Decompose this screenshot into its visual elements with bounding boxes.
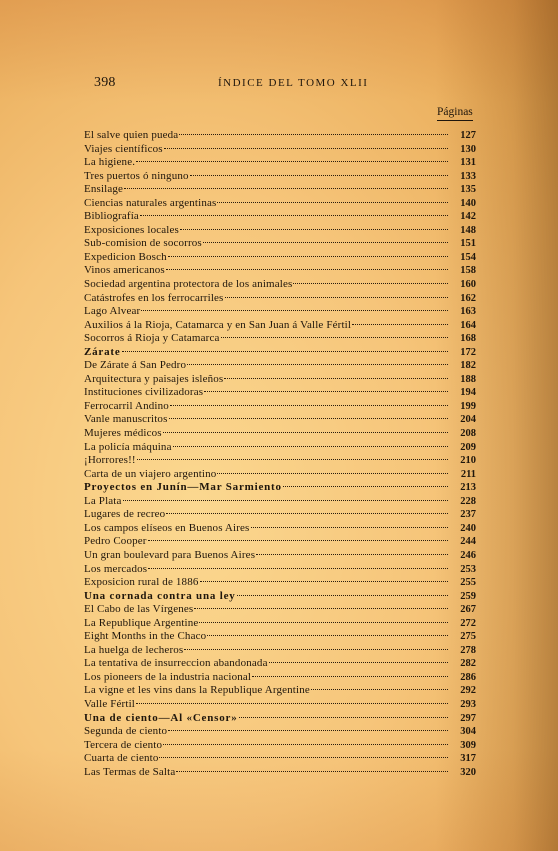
toc-entry-title: Tercera de ciento (84, 739, 162, 753)
toc-entry-page: 130 (454, 143, 476, 157)
toc-entry-title: Eight Months in the Chaco (84, 630, 206, 644)
toc-entry: Ensilage135 (84, 183, 476, 197)
toc-entry-page: 208 (454, 427, 476, 441)
toc-entry-page: 133 (454, 170, 476, 184)
toc-entry-title: Socorros á Rioja y Catamarca (84, 332, 220, 346)
dot-leader (207, 635, 448, 636)
dot-leader (251, 527, 449, 528)
toc-entry-title: Vanle manuscritos (84, 413, 168, 427)
toc-entry: La huelga de lecheros278 (84, 644, 476, 658)
toc-entry: La Republique Argentine272 (84, 617, 476, 631)
dot-leader (122, 351, 448, 352)
toc-entry-title: La higiene. (84, 156, 135, 170)
toc-entry-page: 140 (454, 197, 476, 211)
toc-entry-page: 160 (454, 278, 476, 292)
dot-leader (124, 188, 448, 189)
toc-entry-page: 317 (454, 752, 476, 766)
toc-entry: Tercera de ciento309 (84, 739, 476, 753)
toc-entry: Exposicion rural de 1886255 (84, 576, 476, 590)
toc-entry-title: Ferrocarril Andino (84, 400, 169, 414)
dot-leader (176, 771, 448, 772)
dot-leader (293, 283, 448, 284)
dot-leader (184, 649, 448, 650)
toc-entry-page: 131 (454, 156, 476, 170)
toc-entry-page: 228 (454, 495, 476, 509)
toc-entry-page: 151 (454, 237, 476, 251)
toc-entry-page: 275 (454, 630, 476, 644)
dot-leader (166, 269, 448, 270)
toc-entry-title: Proyectos en Junín—Mar Sarmiento (84, 481, 282, 495)
toc-entry: El salve quien pueda127 (84, 129, 476, 143)
toc-entry-page: 164 (454, 319, 476, 333)
toc-entry-page: 320 (454, 766, 476, 780)
dot-leader (311, 689, 448, 690)
toc-entry: Los campos elíseos en Buenos Aires240 (84, 522, 476, 536)
toc-entry-page: 213 (454, 481, 476, 495)
toc-entry: Carta de un viajero argentino211 (84, 468, 476, 482)
dot-leader (217, 473, 448, 474)
toc-entry: De Zárate á San Pedro182 (84, 359, 476, 373)
dot-leader (187, 364, 448, 365)
toc-entry-page: 204 (454, 413, 476, 427)
toc-entry: Los mercados253 (84, 563, 476, 577)
dot-leader (166, 513, 448, 514)
dot-leader (203, 242, 448, 243)
toc-entry-title: Tres puertos ó ninguno (84, 170, 189, 184)
toc-entry-page: 309 (454, 739, 476, 753)
toc-entry-title: ¡Horrores!! (84, 454, 136, 468)
toc-entry-title: Valle Fértil (84, 698, 135, 712)
toc-entry-page: 158 (454, 264, 476, 278)
toc-entry: Cuarta de ciento317 (84, 752, 476, 766)
toc-entry-title: Sociedad argentina protectora de los ani… (84, 278, 292, 292)
toc-entry: Socorros á Rioja y Catamarca168 (84, 332, 476, 346)
toc-entry-page: 154 (454, 251, 476, 265)
dot-leader (168, 730, 448, 731)
dot-leader (217, 202, 448, 203)
toc-entry: Ferrocarril Andino199 (84, 400, 476, 414)
toc-entry-page: 292 (454, 684, 476, 698)
toc-entry: La tentativa de insurreccion abandonada2… (84, 657, 476, 671)
toc-entry-title: Un gran boulevard para Buenos Aires (84, 549, 255, 563)
dot-leader (221, 337, 448, 338)
toc-entry-title: La Plata (84, 495, 122, 509)
toc-entry-title: Lugares de recreo (84, 508, 165, 522)
toc-entry-page: 297 (454, 712, 476, 726)
toc-entry: Exposiciones locales148 (84, 224, 476, 238)
toc-entry-title: Una cornada contra una ley (84, 590, 236, 604)
toc-entry-title: El Cabo de las Vírgenes (84, 603, 193, 617)
toc-entry-title: Cuarta de ciento (84, 752, 158, 766)
toc-entry: Ciencias naturales argentinas140 (84, 197, 476, 211)
toc-entry: Zárate172 (84, 346, 476, 360)
toc-entry: Sociedad argentina protectora de los ani… (84, 278, 476, 292)
toc-entry-title: Carta de un viajero argentino (84, 468, 216, 482)
toc-entry: Una de ciento—Al «Censor»297 (84, 712, 476, 726)
toc-entry-title: Exposicion rural de 1886 (84, 576, 199, 590)
dot-leader (237, 595, 448, 596)
toc-entry: Instituciones civilizadoras194 (84, 386, 476, 400)
toc-entry-page: 272 (454, 617, 476, 631)
toc-entry: Vanle manuscritos204 (84, 413, 476, 427)
toc-entry-title: La vigne et les vins dans la Republique … (84, 684, 310, 698)
dot-leader (239, 717, 448, 718)
toc-entry-page: 286 (454, 671, 476, 685)
toc-entry-title: Vinos americanos (84, 264, 165, 278)
toc-entry-page: 255 (454, 576, 476, 590)
toc-entry-title: Bibliografía (84, 210, 139, 224)
toc-entry-page: 163 (454, 305, 476, 319)
dot-leader (170, 405, 448, 406)
toc-entry-title: Ciencias naturales argentinas (84, 197, 216, 211)
dot-leader (169, 418, 448, 419)
toc-entry-page: 168 (454, 332, 476, 346)
toc-entry-page: 142 (454, 210, 476, 224)
toc-entry-page: 278 (454, 644, 476, 658)
toc-entry: Catástrofes en los ferrocarriles162 (84, 292, 476, 306)
toc-entry-page: 259 (454, 590, 476, 604)
toc-entry-page: 188 (454, 373, 476, 387)
page-header: 398 ÍNDICE DEL TOMO XLII (94, 75, 477, 93)
dot-leader (148, 540, 448, 541)
toc-entry: Auxilios á la Rioja, Catamarca y en San … (84, 319, 476, 333)
toc-entry: La policía máquina209 (84, 441, 476, 455)
toc-entry-page: 240 (454, 522, 476, 536)
toc-entry-title: Expedicion Bosch (84, 251, 167, 265)
dot-leader (168, 256, 448, 257)
dot-leader (256, 554, 448, 555)
toc-entry-title: El salve quien pueda (84, 129, 178, 143)
dot-leader (225, 297, 449, 298)
toc-entry-title: Los mercados (84, 563, 147, 577)
toc-entry: Sub-comision de socorros151 (84, 237, 476, 251)
toc-entry-title: Lago Alvear (84, 305, 140, 319)
dot-leader (190, 175, 448, 176)
pages-column-label: Páginas (437, 106, 473, 121)
toc-entry-page: 135 (454, 183, 476, 197)
dot-leader (204, 391, 448, 392)
running-title: ÍNDICE DEL TOMO XLII (218, 77, 368, 89)
toc-entry-page: 282 (454, 657, 476, 671)
toc-entry: Vinos americanos158 (84, 264, 476, 278)
toc-entry-page: 210 (454, 454, 476, 468)
toc-entry-page: 253 (454, 563, 476, 577)
toc-entry-page: 246 (454, 549, 476, 563)
toc-entry: La vigne et les vins dans la Republique … (84, 684, 476, 698)
toc-entry: Arquitectura y paisajes isleños188 (84, 373, 476, 387)
toc-entry-page: 304 (454, 725, 476, 739)
toc-entry-title: Una de ciento—Al «Censor» (84, 712, 238, 726)
dot-leader (164, 148, 448, 149)
dot-leader (140, 215, 448, 216)
toc-entry: Eight Months in the Chaco275 (84, 630, 476, 644)
toc-entry-title: Ensilage (84, 183, 123, 197)
toc-entry-page: 148 (454, 224, 476, 238)
toc-entry: Una cornada contra una ley259 (84, 590, 476, 604)
toc-entry-title: Instituciones civilizadoras (84, 386, 203, 400)
toc-entry-page: 244 (454, 535, 476, 549)
toc-entry: Expedicion Bosch154 (84, 251, 476, 265)
dot-leader (137, 459, 448, 460)
toc-entry-title: Pedro Cooper (84, 535, 147, 549)
toc-entry: Lugares de recreo237 (84, 508, 476, 522)
toc-entry: Mujeres médicos208 (84, 427, 476, 441)
toc-entry: La Plata228 (84, 495, 476, 509)
toc-entry-title: Catástrofes en los ferrocarriles (84, 292, 224, 306)
toc-entry-page: 209 (454, 441, 476, 455)
dot-leader (173, 446, 448, 447)
dot-leader (199, 622, 448, 623)
toc-entry-title: Zárate (84, 346, 121, 360)
toc-entry-page: 211 (454, 468, 476, 482)
dot-leader (163, 432, 448, 433)
toc-entry-title: Arquitectura y paisajes isleños (84, 373, 223, 387)
toc-entry: Proyectos en Junín—Mar Sarmiento213 (84, 481, 476, 495)
toc-entry: Pedro Cooper244 (84, 535, 476, 549)
toc-entry: Bibliografía142 (84, 210, 476, 224)
toc-entry-title: De Zárate á San Pedro (84, 359, 186, 373)
toc-entry-title: Segunda de ciento (84, 725, 167, 739)
dot-leader (224, 378, 448, 379)
toc-entry-title: Mujeres médicos (84, 427, 162, 441)
toc-entry-title: La policía máquina (84, 441, 172, 455)
toc-entry: La higiene.131 (84, 156, 476, 170)
toc-entry-title: Las Termas de Salta (84, 766, 175, 780)
toc-entry-page: 127 (454, 129, 476, 143)
toc-entry-title: Viajes científicos (84, 143, 163, 157)
toc-entry-title: Exposiciones locales (84, 224, 179, 238)
toc-entry-page: 172 (454, 346, 476, 360)
toc-entry: El Cabo de las Vírgenes267 (84, 603, 476, 617)
dot-leader (180, 229, 448, 230)
table-of-contents: El salve quien pueda127Viajes científico… (84, 129, 476, 779)
toc-entry-title: Sub-comision de socorros (84, 237, 202, 251)
dot-leader (179, 134, 448, 135)
dot-leader (163, 744, 448, 745)
toc-entry: Las Termas de Salta320 (84, 766, 476, 780)
page-number: 398 (94, 75, 116, 91)
dot-leader (194, 608, 448, 609)
dot-leader (136, 703, 448, 704)
toc-entry-title: Los pioneers de la industria nacional (84, 671, 251, 685)
dot-leader (141, 310, 448, 311)
toc-entry-page: 267 (454, 603, 476, 617)
dot-leader (136, 161, 448, 162)
toc-entry: Los pioneers de la industria nacional286 (84, 671, 476, 685)
dot-leader (123, 500, 448, 501)
toc-entry: ¡Horrores!!210 (84, 454, 476, 468)
dot-leader (283, 486, 448, 487)
toc-entry-page: 293 (454, 698, 476, 712)
toc-entry-title: La tentativa de insurreccion abandonada (84, 657, 268, 671)
toc-entry-page: 194 (454, 386, 476, 400)
toc-entry-page: 237 (454, 508, 476, 522)
toc-entry: Segunda de ciento304 (84, 725, 476, 739)
toc-entry-title: La Republique Argentine (84, 617, 198, 631)
dot-leader (200, 581, 449, 582)
toc-entry: Un gran boulevard para Buenos Aires246 (84, 549, 476, 563)
dot-leader (252, 676, 448, 677)
dot-leader (159, 757, 448, 758)
dot-leader (352, 324, 448, 325)
toc-entry: Lago Alvear163 (84, 305, 476, 319)
toc-entry-page: 199 (454, 400, 476, 414)
toc-entry: Valle Fértil293 (84, 698, 476, 712)
toc-entry-title: La huelga de lecheros (84, 644, 183, 658)
toc-entry-page: 182 (454, 359, 476, 373)
dot-leader (269, 662, 448, 663)
toc-entry-title: Auxilios á la Rioja, Catamarca y en San … (84, 319, 351, 333)
toc-entry-page: 162 (454, 292, 476, 306)
dot-leader (148, 568, 448, 569)
toc-entry: Tres puertos ó ninguno133 (84, 170, 476, 184)
toc-entry-title: Los campos elíseos en Buenos Aires (84, 522, 250, 536)
toc-entry: Viajes científicos130 (84, 143, 476, 157)
